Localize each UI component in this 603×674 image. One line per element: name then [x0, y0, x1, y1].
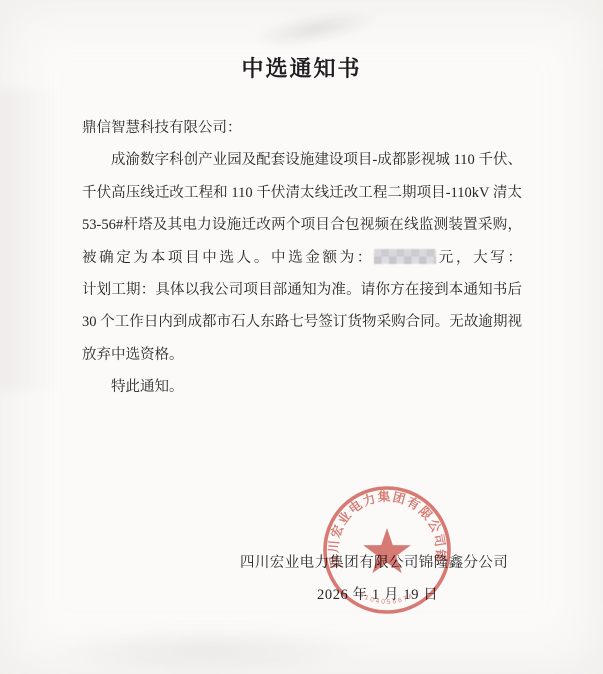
body-line: 千伏高压线迁改工程和 110 千伏清太线迁改工程二期项目-110kV 清太线	[82, 177, 522, 209]
closing-line: 特此通知。	[82, 371, 522, 403]
body-line: 30 个工作日内到成都市石人东路七号签订货物采购合同。无故逾期视为	[82, 306, 522, 338]
body-line: 计划工期：具体以我公司项目部通知为准。请你方在接到本通知书后的	[82, 274, 522, 306]
body-line: 放弃中选资格。	[82, 339, 522, 371]
scan-smudge	[50, 628, 370, 674]
salutation: 鼎信智慧科技有限公司：	[82, 112, 522, 144]
page-title: 中选通知书	[0, 52, 603, 83]
scanned-notice-document: 中选通知书 鼎信智慧科技有限公司： 成渝数字科创产业园及配套设施建设项目-成都影…	[0, 0, 603, 674]
amount-line-mid: 元，大写：	[436, 250, 522, 266]
amount-line: 被确定为本项目中选人。中选金额为：元，大写：。	[82, 242, 522, 274]
seal-serial-number: 5104056674	[358, 592, 416, 606]
seal-star	[363, 528, 411, 573]
company-seal-stamp: 四川宏业电力集团有限公司锦隆鑫分公司 5104056674	[318, 481, 456, 619]
scan-smudge	[248, 3, 381, 55]
body-line: 成渝数字科创产业园及配套设施建设项目-成都影视城 110 千伏、220	[82, 144, 522, 176]
redacted-amount-value	[374, 249, 436, 264]
svg-text:5104056674: 5104056674	[358, 592, 416, 606]
document-body: 鼎信智慧科技有限公司： 成渝数字科创产业园及配套设施建设项目-成都影视城 110…	[82, 112, 522, 404]
amount-line-pre: 被确定为本项目中选人。中选金额为：	[82, 250, 374, 266]
body-line: 53-56#杆塔及其电力设施迁改两个项目合包视频在线监测装置采购，你方	[82, 209, 522, 241]
scan-smudge	[0, 90, 60, 390]
